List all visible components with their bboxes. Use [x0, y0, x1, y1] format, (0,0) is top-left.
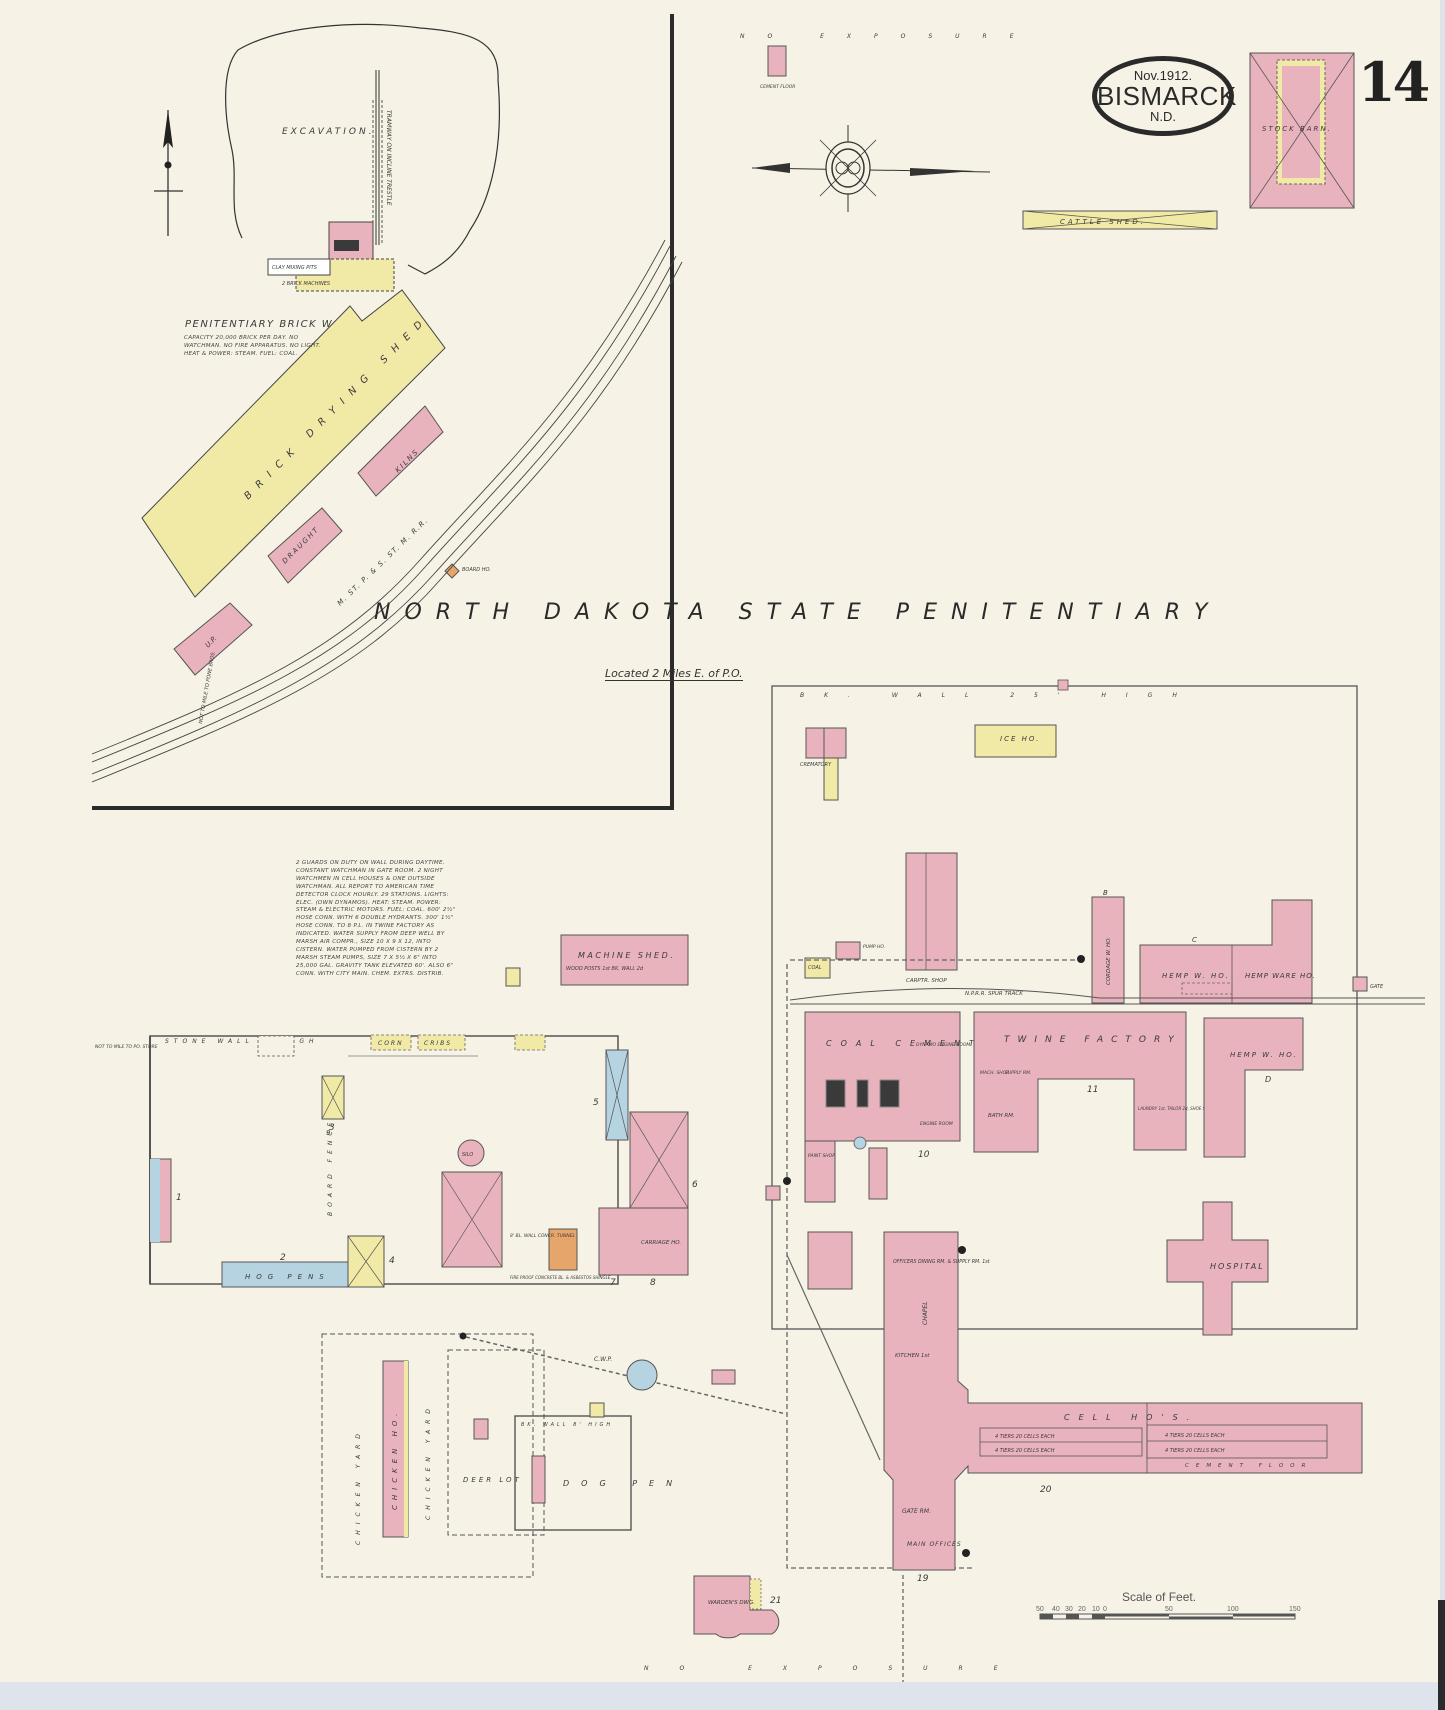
storage-group — [808, 1232, 852, 1289]
bldg-number-1: 1 — [176, 1193, 182, 1203]
supply-rm-label: SUPPLY RM. — [1005, 1070, 1031, 1076]
hydrant-icon — [958, 1246, 966, 1254]
bk-wall-label: BK. WALL 8' HIGH — [521, 1422, 613, 1428]
bicycle-house — [590, 1403, 604, 1417]
carpenter-shop — [906, 853, 957, 970]
tramway-trestle — [373, 70, 382, 245]
tramway-label: TRAMWAY ON INCLINE TRESTLE — [385, 110, 392, 206]
scale-title: Scale of Feet. — [1122, 1590, 1196, 1604]
stock-barn-label: STOCK BARN. — [1262, 125, 1332, 133]
exposure-top-label: NO EXPOSURE — [740, 33, 1037, 40]
scale-tick-5: 0 — [1103, 1606, 1107, 1613]
silo-label: SILO — [462, 1152, 473, 1158]
cordage-wh-label: CORDAGE W. HO. — [1106, 937, 1112, 985]
tiers-label-4: 4 TIERS 20 CELLS EACH — [1165, 1448, 1225, 1454]
cattle-shed-label: CATTLE SHED. — [1060, 218, 1146, 226]
boiler-3-icon — [880, 1080, 899, 1107]
bldg-number-11: 11 — [1087, 1085, 1098, 1095]
stone-wall-label: STONE WALL 8' HIGH — [165, 1038, 319, 1045]
tiers-label-1: 4 TIERS 20 CELLS EACH — [995, 1434, 1055, 1440]
wardens-dwg-label: WARDEN'S DWG. — [708, 1600, 755, 1606]
corn-label: CORN — [378, 1040, 404, 1047]
boiler-icon — [334, 240, 359, 251]
bee-house — [506, 968, 520, 986]
scale-bar — [1040, 1614, 1295, 1619]
bldg-letter-b: B — [1103, 889, 1108, 897]
bldg-number-5: 5 — [593, 1098, 599, 1108]
carptr-shop-label: CARPTR. SHOP — [906, 978, 947, 984]
pump-house — [836, 942, 860, 959]
bldg-number-2: 2 — [280, 1253, 286, 1263]
small-booth — [766, 1186, 780, 1200]
cell-hos-label: CELL HO'S. — [1064, 1413, 1198, 1422]
corn-crib-3 — [515, 1035, 545, 1050]
twine-factory-label: TWINE FACTORY — [1004, 1035, 1182, 1045]
title-cartouche: Nov.1912. BISMARCK N.D. — [1092, 56, 1234, 136]
compound-wall-label: BK. WALL 25' HIGH — [800, 692, 1197, 699]
pump-ho-label: PUMP HO. — [863, 944, 885, 950]
sheet-number: 14 — [1358, 50, 1427, 114]
gate-rm-label: GATE RM. — [902, 1508, 931, 1515]
wall-guard-house — [1058, 680, 1068, 690]
clay-mixing-label: CLAY MIXING PITS — [272, 265, 318, 271]
tiers-label-2: 4 TIERS 20 CELLS EACH — [995, 1448, 1055, 1454]
twine-factory — [974, 1012, 1186, 1152]
hemp-ware-ho-label: HEMP WARE HO. — [1245, 972, 1316, 980]
hemp-warehouse-c — [1140, 900, 1312, 1003]
deer-lot-label: DEER LOT — [463, 1476, 522, 1484]
hemp-warehouse-d — [1204, 1018, 1303, 1157]
cement-floor-label: CEMENT FLOOR — [760, 84, 795, 90]
chicken-yard-label-east: CHICKEN YARD — [425, 1403, 432, 1520]
cartouche-state: N.D. — [1097, 109, 1229, 124]
cartouche-city: BISMARCK — [1097, 83, 1229, 109]
wardens-dwelling — [694, 1576, 779, 1638]
cell-house-complex — [884, 1232, 1362, 1570]
slaughter-house — [768, 46, 786, 76]
scale-tick-4: 10 — [1092, 1606, 1100, 1613]
chapel-label: CHAPEL — [922, 1301, 929, 1325]
cistern-icon — [854, 1137, 866, 1149]
hydrant-icon — [460, 1333, 467, 1340]
straw-rack — [258, 1036, 294, 1056]
paint-shop — [805, 1141, 835, 1202]
laundry-label: LAUNDRY 1st, TAILOR 2d, SHOE SHOP — [1138, 1106, 1214, 1111]
bldg-number-8: 8 — [650, 1278, 656, 1288]
protection-note: 2 guards on duty on wall during daytime.… — [296, 860, 456, 979]
cribs-label: CRIBS — [424, 1040, 452, 1047]
scale-tick-2: 30 — [1065, 1606, 1073, 1613]
exposure-bottom-label: NO EXPOSURE — [644, 1665, 1029, 1672]
hydrant-icon — [962, 1549, 970, 1557]
machine-shed — [561, 935, 688, 985]
bath-rm-label: BATH RM. — [988, 1113, 1015, 1119]
fireproof-note: FIRE PROOF CONCRETE BL. & ASBESTOS SHING… — [510, 1275, 611, 1280]
bldg-number-10: 10 — [918, 1150, 930, 1160]
brick-works-note: Capacity 20,000 brick per day. No watchm… — [184, 334, 324, 358]
coal-label: COAL — [808, 965, 822, 971]
boiler-2-icon — [857, 1080, 868, 1107]
gate-house — [1353, 977, 1367, 991]
small-storage — [869, 1148, 887, 1199]
excavation-label: EXCAVATION. — [282, 127, 375, 137]
boiler-1-icon — [826, 1080, 845, 1107]
deer-house — [474, 1419, 488, 1439]
gate-label: GATE — [1370, 984, 1384, 990]
small-building-e — [712, 1370, 735, 1384]
hemp-wh-d-label: HEMP W. HO. — [1230, 1051, 1298, 1059]
location-note: Located 2 Miles E. of P.O. — [605, 667, 743, 681]
kennels — [532, 1456, 545, 1503]
scale-tick-0: 50 — [1036, 1606, 1044, 1613]
hemp-wh-c-label: HEMP W. HO. — [1162, 972, 1230, 980]
bldg-letter-d: D — [1265, 1075, 1271, 1084]
hydrant-icon — [1077, 955, 1085, 963]
wall-tunnel-label: 8' BL. WALL CONCR. TUNNEL — [510, 1233, 576, 1239]
water-tank — [627, 1360, 657, 1390]
scale-tick-3: 20 — [1078, 1606, 1086, 1613]
officers-dining-label: OFFICERS DINING RM. & SUPPLY RM. 1st — [893, 1259, 991, 1265]
paint-shop-label: PAINT SHOP — [808, 1153, 835, 1159]
hospital-label: HOSPITAL — [1210, 1262, 1265, 1271]
scale-tick-1: 40 — [1052, 1606, 1060, 1613]
ice-ho-label: ICE HO. — [1000, 735, 1040, 743]
dynamo-label: DYNAMO ENGINE ROOM — [916, 1042, 970, 1048]
chicken-yard-label-west: CHICKEN YARD — [355, 1428, 362, 1545]
brick-machines-label: 2 BRICK MACHINES — [282, 281, 331, 287]
cement-floor-label-cells: CEMENT FLOOR — [1185, 1463, 1312, 1469]
bldg-letter-c: C — [1192, 936, 1197, 944]
compound-wall — [772, 686, 1357, 1329]
board-ho-label: BOARD HO. — [462, 567, 491, 573]
crematory-label: CREMATORY — [800, 762, 832, 768]
tiers-label-3: 4 TIERS 20 CELLS EACH — [1165, 1433, 1225, 1439]
dog-pen-label: DOG PEN — [563, 1479, 684, 1488]
map-drawing: EXCAVATION. TRAMWAY ON INCLINE TRESTLE C… — [0, 0, 1445, 1710]
carriage-ho-label: CARRIAGE HO. — [641, 1240, 681, 1246]
compass-rose-icon — [752, 125, 990, 212]
scale-tick-6: 50 — [1165, 1606, 1173, 1613]
bldg-number-20: 20 — [1040, 1485, 1052, 1495]
cwp-label: C.W.P. — [594, 1356, 612, 1363]
bldg-number-7: 7 — [610, 1278, 616, 1288]
hog-pens-label: HOG PENS — [245, 1273, 330, 1281]
kitchen-label: KITCHEN 1st — [895, 1353, 930, 1359]
north-arrow-icon — [154, 110, 183, 236]
bldg-number-6: 6 — [692, 1180, 698, 1190]
bldg-number-21: 21 — [770, 1596, 781, 1606]
crematory — [806, 728, 824, 758]
water-pipe — [466, 1337, 786, 1414]
scale-tick-8: 150 — [1289, 1606, 1301, 1613]
scale-tick-7: 100 — [1227, 1606, 1239, 1613]
bldg-number-4: 4 — [389, 1256, 395, 1266]
bldg-number-19: 19 — [917, 1574, 929, 1584]
bldg-number-9: 9 — [326, 1129, 331, 1137]
machine-shed-label: MACHINE SHED. — [578, 951, 675, 960]
engine-rm-label: ENGINE ROOM — [920, 1121, 953, 1127]
main-title: NORTH DAKOTA STATE PENITENTIARY — [374, 600, 1221, 625]
main-offices-label: MAIN OFFICES — [907, 1541, 962, 1548]
machine-shed-sub: WOOD POSTS 1st BK. WALL 2d — [566, 966, 644, 972]
spur-track-label: N.P.R.R. SPUR TRACK — [965, 991, 1023, 997]
chicken-ho-label: CHICKEN HO. — [391, 1409, 399, 1510]
hydrant-icon — [783, 1177, 791, 1185]
farm-rr-note: NOT TO MILE TO PO. STORE — [95, 1044, 158, 1050]
